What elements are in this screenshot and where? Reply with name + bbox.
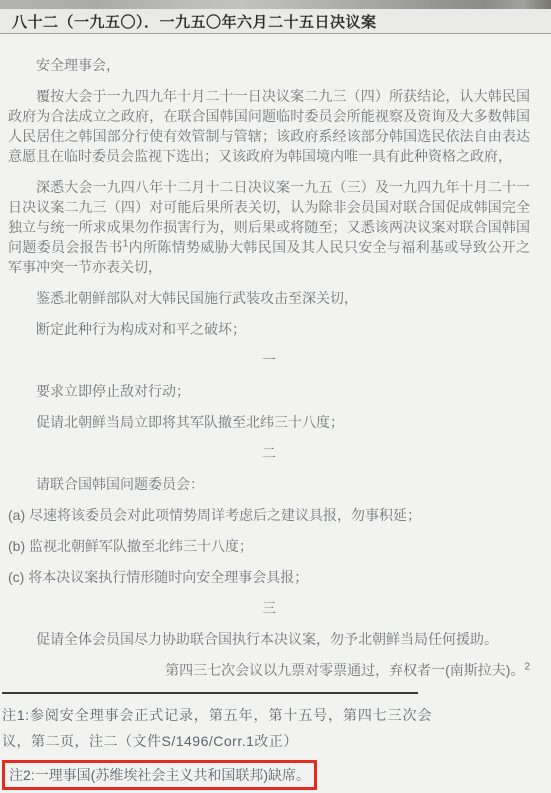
- operative-paragraph-3-intro: 请联合国韩国问题委员会：: [8, 474, 530, 494]
- footnote-separator: [2, 692, 418, 694]
- section-number-2: 二: [8, 443, 530, 463]
- salutation: 安全理事会，: [8, 55, 530, 75]
- list-item-b: (b) 监视北朝鲜军队撤至北纬三十八度；: [8, 536, 530, 556]
- operative-paragraph-2: 促请北朝鲜当局立即将其军队撤至北纬三十八度；: [8, 412, 530, 432]
- operative-paragraph-4: 促请全体会员国尽力协助联合国执行本决议案，勿予北朝鲜当局任何援助。: [8, 629, 530, 649]
- determination: 断定此种行为构成对和平之破坏；: [8, 319, 530, 339]
- page-title: 八十二（一九五〇）．一九五〇年六月二十五日决议案: [12, 11, 377, 32]
- recital-mindful: 深悉大会一九四八年十二月十二日决议案一九五（三）及一九四九年十月二十一日决议案二…: [8, 177, 530, 277]
- section-number-3: 三: [8, 598, 530, 618]
- vote-record-text: 第四三七次会议以九票对零票通过，弃权者一(南斯拉夫)。: [165, 662, 524, 678]
- resolution-body: 安全理事会， 覆按大会于一九四九年十月二十一日决议案二九三（四）所获结论，认大韩…: [0, 34, 551, 680]
- document-page: 八十二（一九五〇）．一九五〇年六月二十五日决议案 安全理事会， 覆按大会于一九四…: [0, 0, 551, 790]
- list-item-a: (a) 尽速将该委员会对此项情势周详考虑后之建议具报，勿事积延；: [8, 505, 530, 525]
- red-highlight-box: 注2:一理事国(苏维埃社会主义共和国联邦)缺席。: [2, 760, 317, 790]
- footnote-2-row: 注2:一理事国(苏维埃社会主义共和国联邦)缺席。: [2, 760, 551, 790]
- window-top-strip: [0, 0, 551, 9]
- list-item-c: (c) 将本决议案执行情形随时向安全理事会具报；: [8, 567, 530, 587]
- operative-paragraph-1: 要求立即停止敌对行动；: [8, 381, 530, 401]
- recital-recalling: 覆按大会于一九四九年十月二十一日决议案二九三（四）所获结论，认大韩民国政府为合法…: [8, 86, 530, 166]
- title-bar: 八十二（一九五〇）．一九五〇年六月二十五日决议案: [0, 9, 551, 34]
- footnote-ref-2: 2: [524, 661, 530, 672]
- footnote-1: 注1:参阅安全理事会正式记录，第五年，第十五号，第四七三次会议，第二页，注二（文…: [2, 702, 432, 754]
- footnote-2: 注2:一理事国(苏维埃社会主义共和国联邦)缺席。: [9, 767, 310, 783]
- vote-record: 第四三七次会议以九票对零票通过，弃权者一(南斯拉夫)。2: [8, 660, 530, 680]
- recital-noting: 鉴悉北朝鲜部队对大韩民国施行武装攻击至深关切，: [8, 288, 530, 308]
- section-number-1: 一: [8, 350, 530, 370]
- footnotes-section: 注1:参阅安全理事会正式记录，第五年，第十五号，第四七三次会议，第二页，注二（文…: [0, 692, 551, 790]
